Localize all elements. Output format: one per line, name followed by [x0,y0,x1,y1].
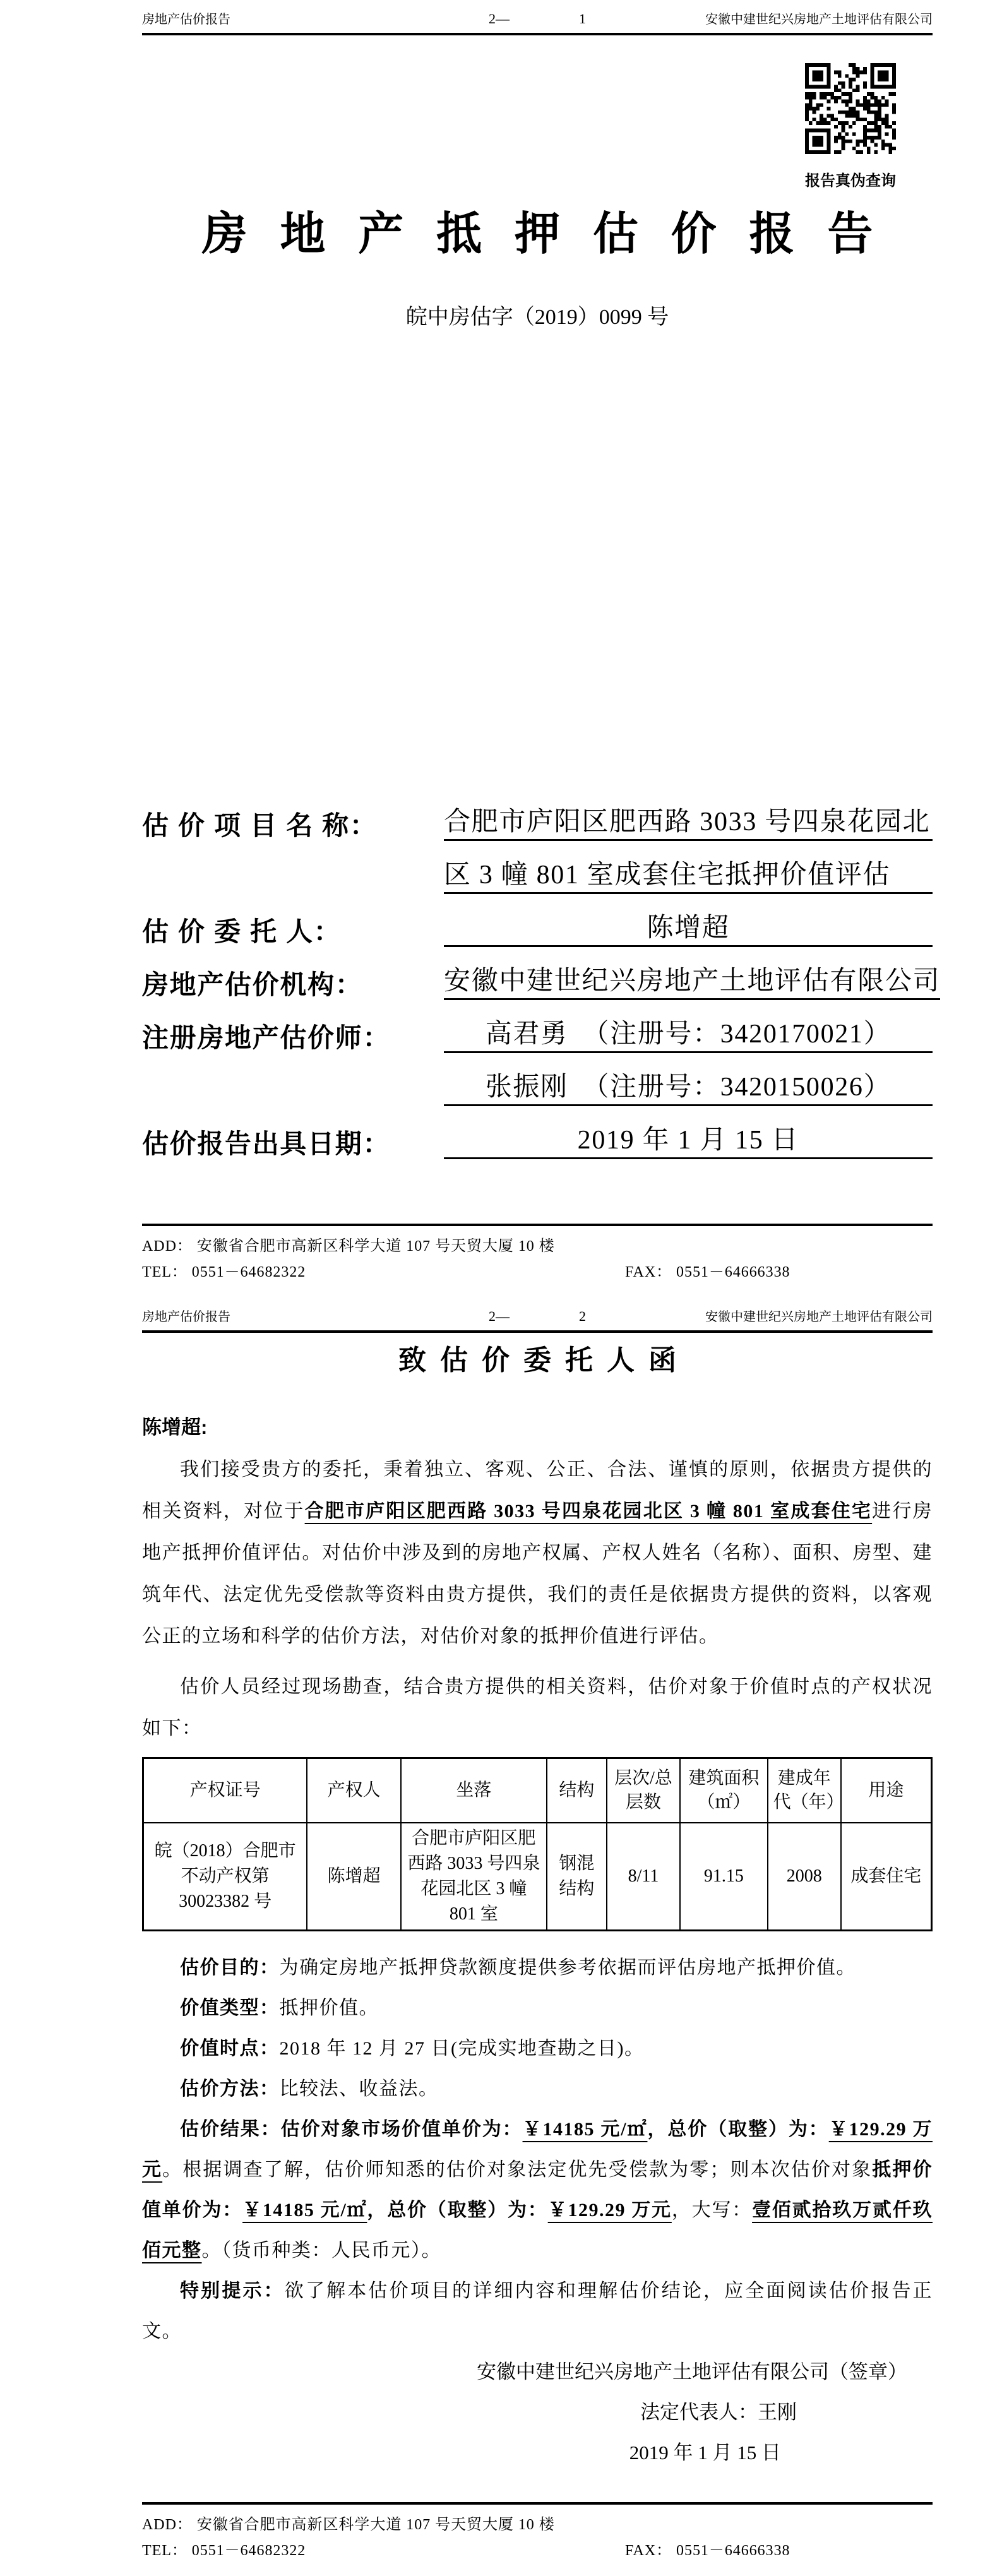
section-method: 估价方法：比较法、收益法。 [142,2069,933,2109]
field-row-project-name: 估 价 项 目 名 称： 合肥市庐阳区肥西路 3033 号四泉花园北 [142,788,933,841]
section-text: 2018 年 12 月 27 日(完成实地查勘之日)。 [280,2038,645,2059]
field-value: 高君勇 （注册号：3420170021） [444,1018,933,1053]
signature-legal-rep: 法定代表人：王刚 [142,2392,933,2433]
running-head: 房地产估价报告 2— 1 安徽中建世纪兴房地产土地评估有限公司 [142,0,933,35]
section-text: 抵押价值。 [280,1998,379,2018]
header-structure: 结构 [547,1758,607,1823]
running-head-title: 房地产估价报告 [142,1306,489,1325]
field-label: 估 价 委 托 人： [142,917,444,947]
text-segment: 特别提示： [180,2281,285,2301]
text-segment: ￥14185 元/㎡ [523,2119,648,2140]
footer-fax: FAX： 0551－64666338 [625,1262,790,1282]
field-row-agency: 房地产估价机构： 安徽中建世纪兴房地产土地评估有限公司 [142,947,933,1000]
signature-block: 安徽中建世纪兴房地产土地评估有限公司（签章） 法定代表人：王刚 2019 年 1… [142,2352,933,2473]
field-value: 陈增超 [444,912,933,947]
footer-address: ADD： 安徽省合肥市高新区科学大道 107 号天贸大厦 10 楼 [142,2515,933,2535]
page-number: 2— 1 [489,11,586,27]
field-row-issue-date: 估价报告出具日期： 2019 年 1 月 15 日 [142,1106,933,1159]
page-number-prefix: 2— [489,1308,510,1325]
cell-cert-no: 皖（2018）合肥市不动产权第 30023382 号 [143,1823,307,1931]
salutation: 陈增超: [142,1415,933,1440]
running-head-title: 房地产估价报告 [142,9,489,27]
header-floor: 层次/总层数 [607,1758,680,1823]
page-number: 2— 2 [489,1308,586,1325]
header-owner: 产权人 [307,1758,401,1823]
signature-date: 2019 年 1 月 15 日 [142,2433,933,2473]
cell-floor: 8/11 [607,1823,680,1931]
field-label: 房地产估价机构： [142,970,444,1000]
header-cert-no: 产权证号 [143,1758,307,1823]
page-number-prefix: 2— [489,11,510,27]
table-row: 皖（2018）合肥市不动产权第 30023382 号 陈增超 合肥市庐阳区肥西路… [143,1823,932,1931]
field-value: 张振刚 （注册号：3420150026） [444,1071,933,1106]
running-head-company: 安徽中建世纪兴房地产土地评估有限公司 [586,1306,933,1325]
field-label: 估 价 项 目 名 称： [142,811,444,841]
running-head-company: 安徽中建世纪兴房地产土地评估有限公司 [586,9,933,27]
section-text: 为确定房地产抵押贷款额度提供参考依据而评估房地产抵押价值。 [280,1957,857,1978]
text-segment: 估价对象市场价值单价为： [281,2119,523,2140]
field-value: 合肥市庐阳区肥西路 3033 号四泉花园北 [444,806,933,841]
cell-year-built: 2008 [768,1823,841,1931]
page-footer: ADD： 安徽省合肥市高新区科学大道 107 号天贸大厦 10 楼 TEL： 0… [142,2502,933,2561]
section-value-type: 价值类型：抵押价值。 [142,1988,933,2029]
field-label: 估价报告出具日期： [142,1129,444,1159]
field-row-appraiser-1: 注册房地产估价师： 高君勇 （注册号：3420170021） [142,1000,933,1053]
qr-caption: 报告真伪查询 [805,168,896,190]
table-header-row: 产权证号 产权人 坐落 结构 层次/总层数 建筑面积（㎡） 建成年代（年） 用途 [143,1758,932,1823]
report-document: 房地产估价报告 2— 1 安徽中建世纪兴房地产土地评估有限公司 报告真伪查询 房… [0,0,1002,2576]
document-number: 皖中房估字（2019）0099 号 [142,304,933,331]
footer-address: ADD： 安徽省合肥市高新区科学大道 107 号天贸大厦 10 楼 [142,1236,933,1256]
page-footer: ADD： 安徽省合肥市高新区科学大道 107 号天贸大厦 10 楼 TEL： 0… [142,1224,933,1282]
ownership-table: 产权证号 产权人 坐落 结构 层次/总层数 建筑面积（㎡） 建成年代（年） 用途… [142,1757,933,1931]
letter-page: 房地产估价报告 2— 2 安徽中建世纪兴房地产土地评估有限公司 致估价委托人函 … [0,1297,1002,2576]
text-segment: ，总价（取整）为： [367,2200,547,2221]
field-value: 2019 年 1 月 15 日 [444,1124,933,1159]
header-area: 建筑面积（㎡） [680,1758,768,1823]
letter-title: 致估价委托人函 [142,1345,933,1376]
field-row-project-name-cont: 区 3 幢 801 室成套住宅抵押价值评估 [142,841,933,894]
field-row-appraiser-2: 张振刚 （注册号：3420150026） [142,1053,933,1106]
section-value-date: 价值时点：2018 年 12 月 27 日(完成实地查勘之日)。 [142,2029,933,2069]
cell-location: 合肥市庐阳区肥西路 3033 号四泉花园北区 3 幢 801 室 [401,1823,547,1931]
qr-code-icon [805,63,896,154]
field-row-client: 估 价 委 托 人： 陈增超 [142,894,933,947]
field-value: 区 3 幢 801 室成套住宅抵押价值评估 [444,859,933,894]
text-segment: 进行房地产抵押价值评估。对估价中涉及到的房地产权属、产权人姓名（名称）、面积、房… [142,1501,933,1647]
footer-fax: FAX： 0551－64666338 [625,2541,790,2561]
cell-structure: 钢混结构 [547,1823,607,1931]
text-segment: 合肥市庐阳区肥西路 3033 号四泉花园北区 3 幢 801 室成套住宅 [305,1501,873,1522]
page-number-value: 2 [579,1308,586,1325]
footer-contact-row: TEL： 0551－64682322 FAX： 0551－64666338 [142,1262,933,1282]
header-year-built: 建成年代（年） [768,1758,841,1823]
text-segment: 估价结果： [180,2119,281,2140]
text-segment: ，大写： [672,2200,752,2221]
cover-fields: 估 价 项 目 名 称： 合肥市庐阳区肥西路 3033 号四泉花园北 区 3 幢… [142,788,933,1159]
field-label: 注册房地产估价师： [142,1023,444,1053]
header-location: 坐落 [401,1758,547,1823]
section-text: 比较法、收益法。 [280,2078,439,2099]
cell-use: 成套住宅 [841,1823,932,1931]
section-purpose: 估价目的：为确定房地产抵押贷款额度提供参考依据而评估房地产抵押价值。 [142,1948,933,1988]
field-value: 安徽中建世纪兴房地产土地评估有限公司 [444,965,940,1000]
footer-tel: TEL： 0551－64682322 [142,1262,625,1282]
notice-paragraph: 特别提示：欲了解本估价项目的详细内容和理解估价结论，应全面阅读估价报告正文。 [142,2271,933,2352]
signature-company: 安徽中建世纪兴房地产土地评估有限公司（签章） [142,2352,933,2392]
text-segment: ，总价（取整）为： [647,2119,828,2140]
footer-tel: TEL： 0551－64682322 [142,2541,625,2561]
page-number-value: 1 [579,11,586,27]
header-use: 用途 [841,1758,932,1823]
result-paragraph: 估价结果：估价对象市场价值单价为：￥14185 元/㎡，总价（取整）为：￥129… [142,2109,933,2271]
text-segment: 。（货币种类：人民币元）。 [202,2240,442,2261]
letter-paragraph-2: 估价人员经过现场勘查，结合贵方提供的相关资料，估价对象于价值时点的产权状况如下： [142,1666,933,1750]
cell-owner: 陈增超 [307,1823,401,1931]
section-label: 价值类型： [180,1998,280,2018]
text-segment: ￥14185 元/㎡ [242,2200,367,2221]
running-head: 房地产估价报告 2— 2 安徽中建世纪兴房地产土地评估有限公司 [142,1297,933,1333]
letter-paragraph-1: 我们接受贵方的委托，秉着独立、客观、公正、合法、谨慎的原则，依据贵方提供的相关资… [142,1449,933,1657]
text-segment: ￥129.29 万元 [548,2200,672,2221]
summary-sections: 估价目的：为确定房地产抵押贷款额度提供参考依据而评估房地产抵押价值。 价值类型：… [142,1948,933,2109]
text-segment: 。根据调查了解，估价师知悉的估价对象法定优先受偿款为零；则本次估价对象 [162,2159,872,2180]
section-label: 估价方法： [180,2078,280,2099]
cover-page: 房地产估价报告 2— 1 安徽中建世纪兴房地产土地评估有限公司 报告真伪查询 房… [0,0,1002,1297]
cell-area: 91.15 [680,1823,768,1931]
section-label: 价值时点： [180,2038,280,2059]
qr-block: 报告真伪查询 [805,63,896,190]
footer-contact-row: TEL： 0551－64682322 FAX： 0551－64666338 [142,2541,933,2561]
document-title: 房地产抵押估价报告 [142,205,933,264]
section-label: 估价目的： [180,1957,280,1978]
